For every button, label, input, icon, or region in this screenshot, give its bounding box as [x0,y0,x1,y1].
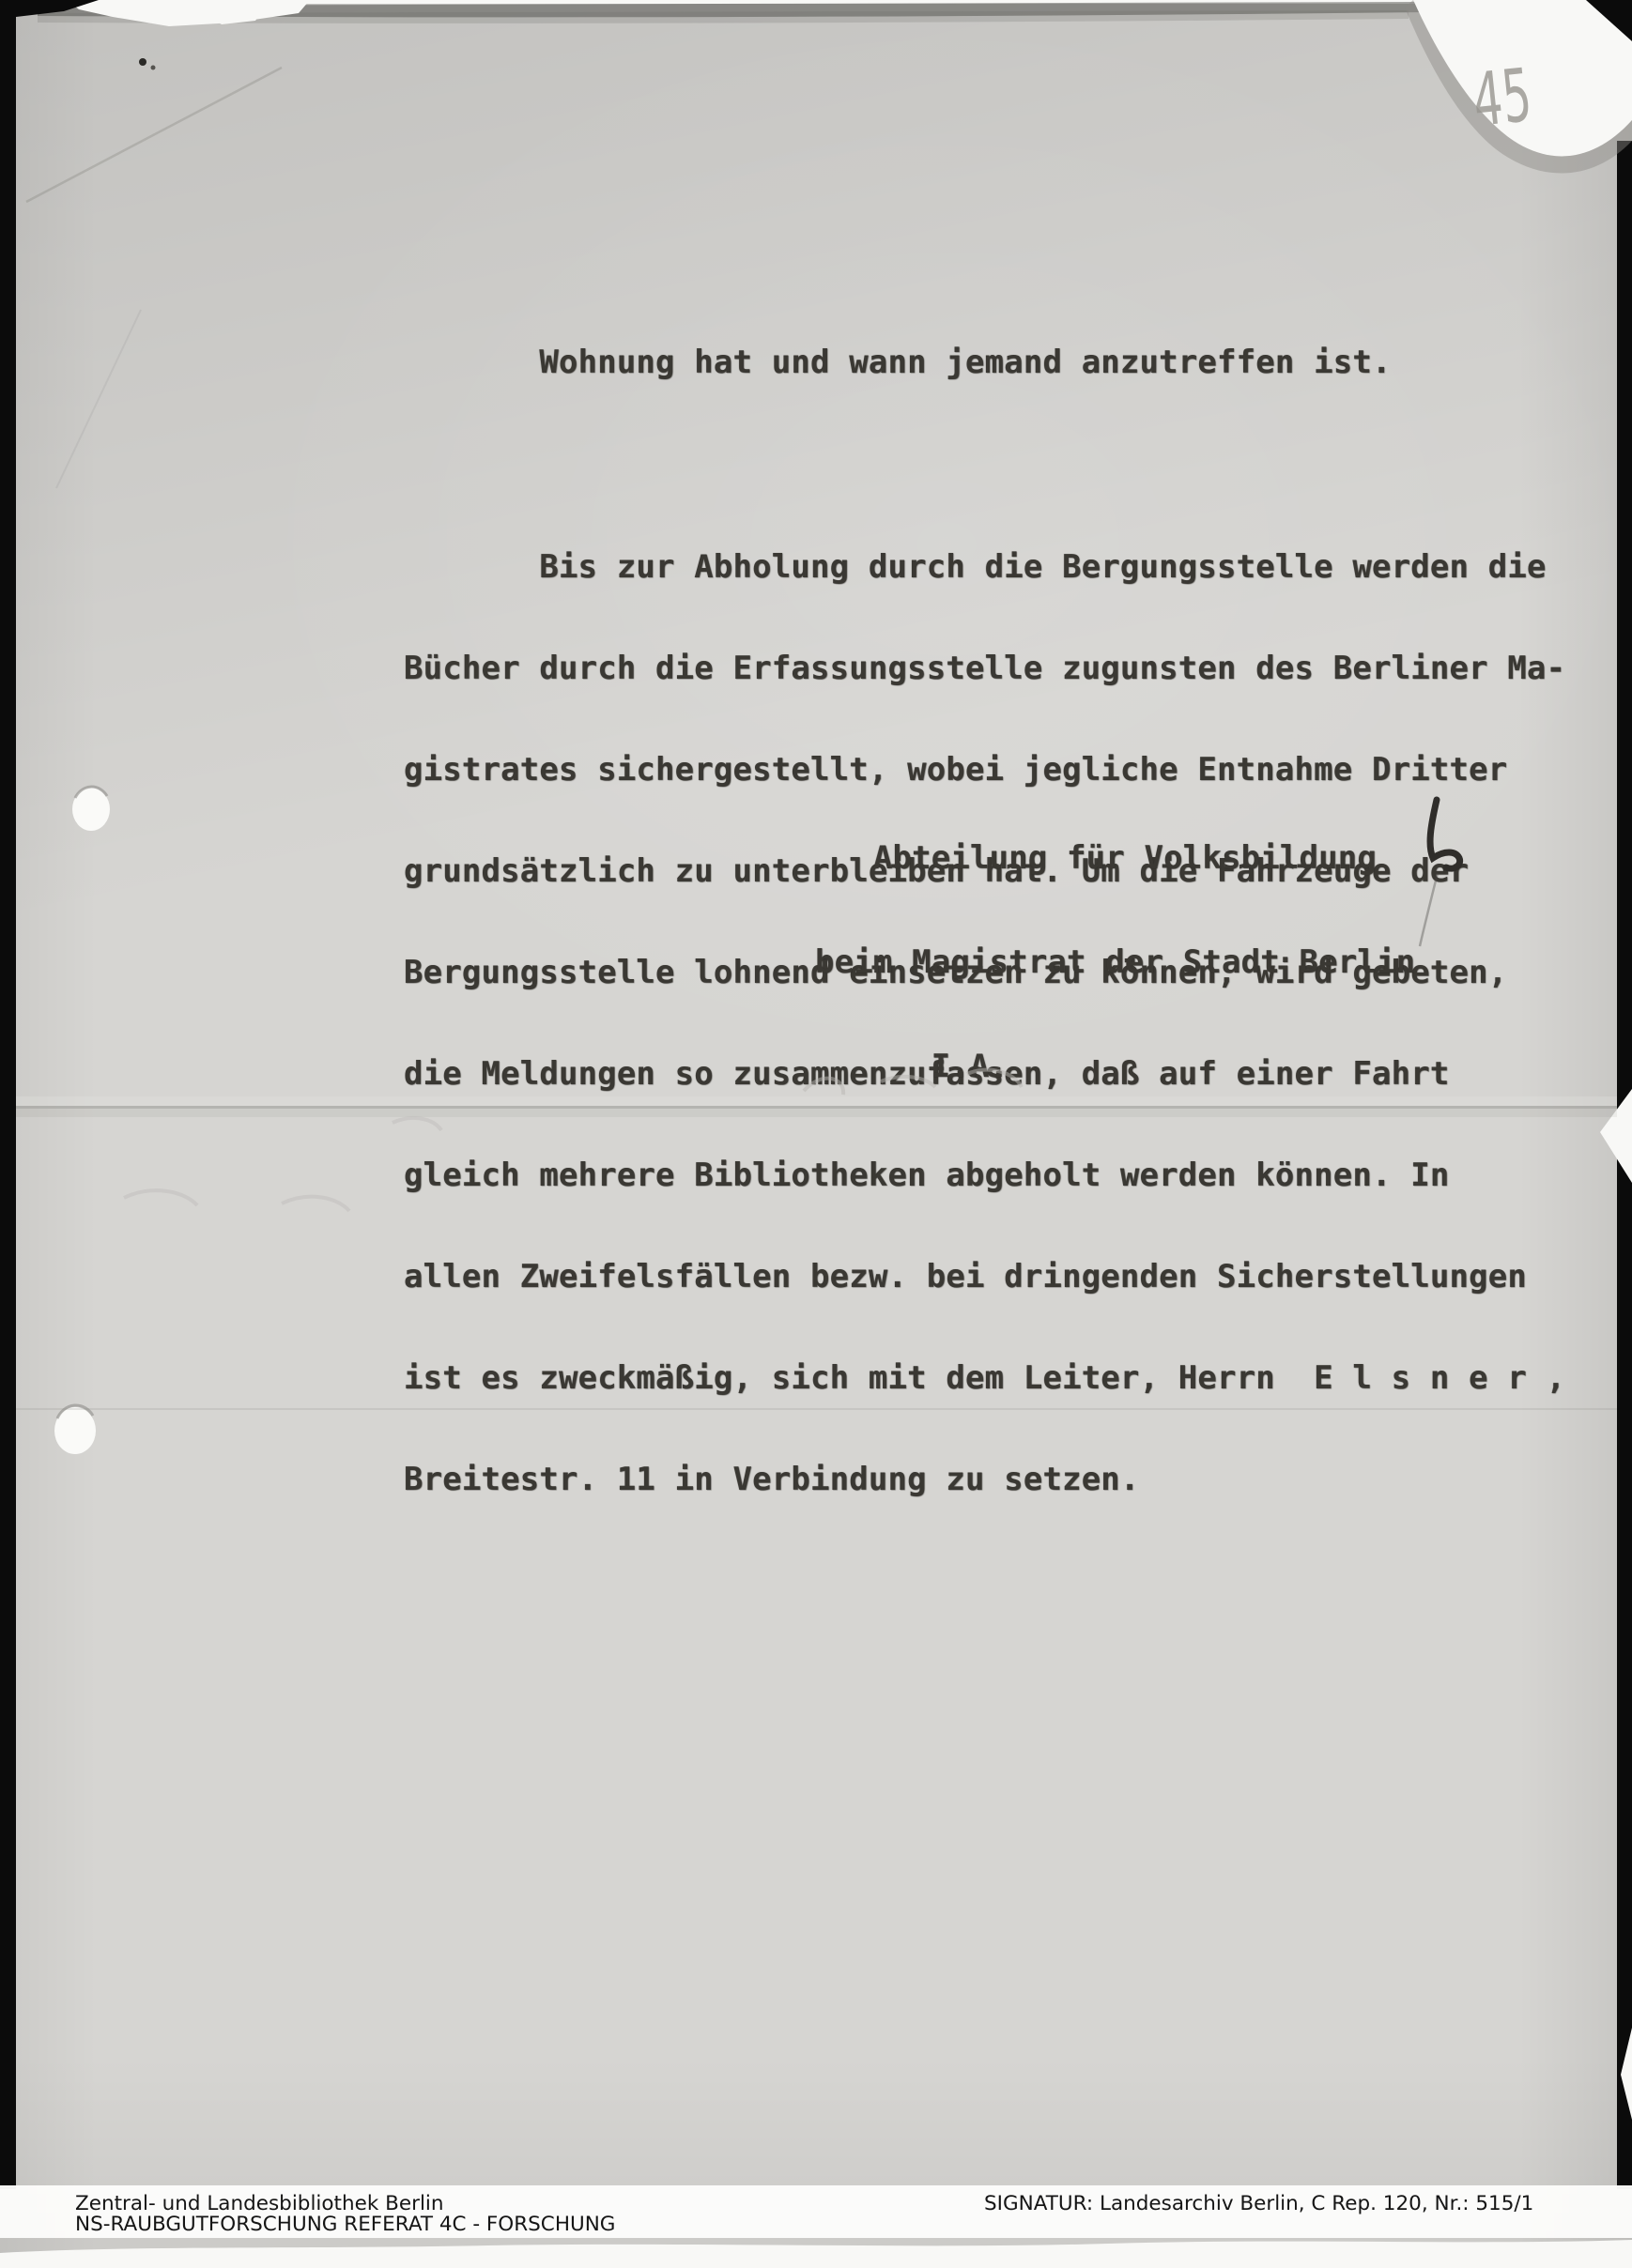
typed-line: allen Zweifelsfällen bezw. bei dringende… [404,1260,1565,1294]
footer-library-name: Zentral- und Landesbibliothek Berlin [75,2194,615,2214]
typed-line: Bis zur Abholung durch die Bergungsstell… [404,550,1565,584]
document-scan: Wohnung hat und wann jemand anzutreffen … [0,0,1632,2268]
footer-library-label: Zentral- und Landesbibliothek Berlin NS-… [75,2194,615,2235]
footer-signature-reference: SIGNATUR: Landesarchiv Berlin, C Rep. 12… [984,2194,1533,2214]
signature-line: Abteilung für Volksbildung [815,841,1415,876]
signature-block: Abteilung für Volksbildung beim Magistra… [815,772,1415,1154]
footer-project-name: NS-RAUBGUTFORSCHUNG REFERAT 4C - FORSCHU… [75,2214,615,2235]
signature-line: I.A. [815,1050,1415,1084]
typed-line: Breitestr. 11 in Verbindung zu setzen. [404,1463,1565,1496]
typed-line: Bücher durch die Erfassungsstelle zuguns… [404,651,1565,685]
signature-line: beim Magistrat der Stadt Berlin [815,945,1415,980]
typed-line: ist es zweckmäßig, sich mit dem Leiter, … [404,1361,1565,1395]
footer-metadata-bar: Zentral- und Landesbibliothek Berlin NS-… [0,2185,1632,2238]
typed-line-opening: Wohnung hat und wann jemand anzutreffen … [404,345,1565,379]
typed-line: gleich mehrere Bibliotheken abgeholt wer… [404,1158,1565,1192]
